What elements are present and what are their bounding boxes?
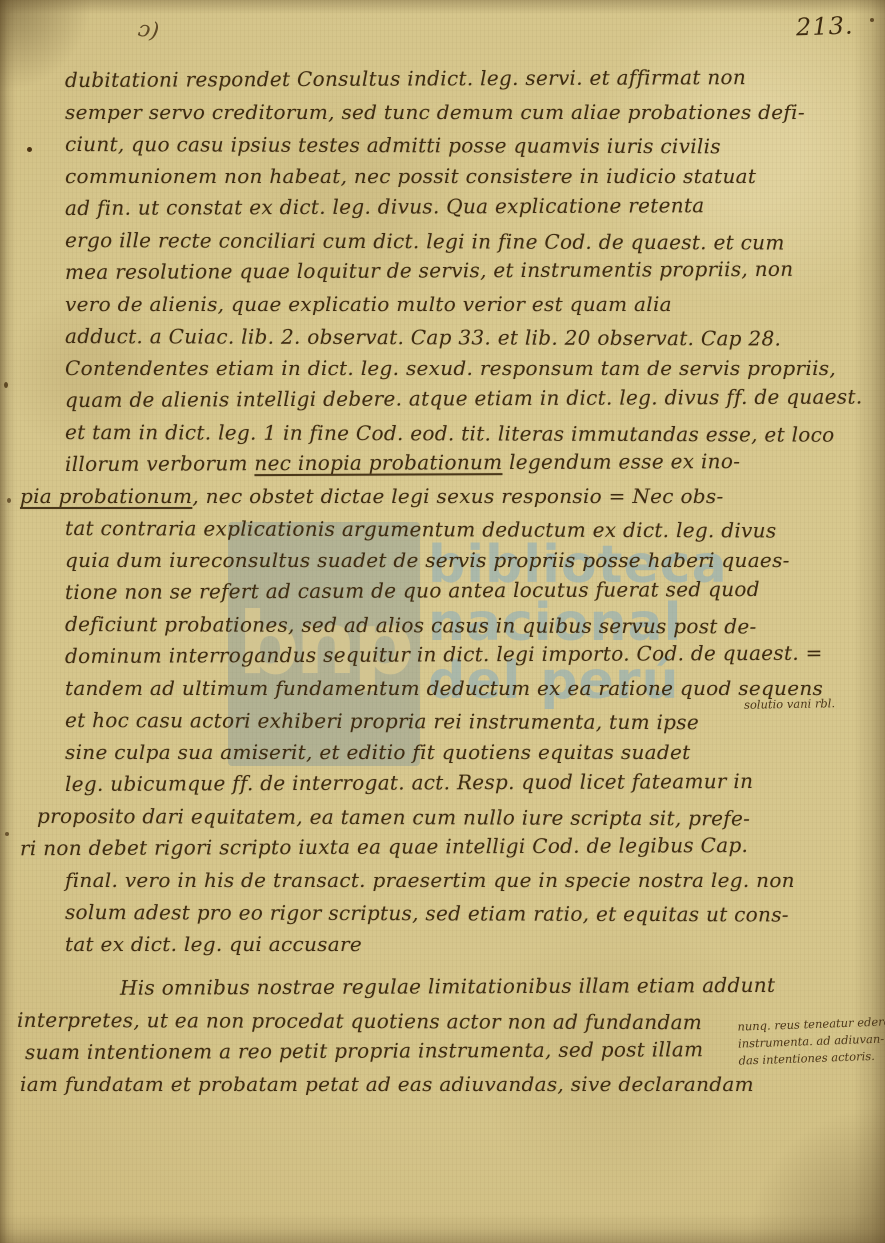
manuscript-text: dubitationi respondet Consultus indict. … — [65, 64, 825, 1100]
manuscript-line: ciunt, quo casu ipsius testes admitti po… — [65, 128, 825, 163]
manuscript-line: final. vero in his de transact. praesert… — [65, 864, 825, 896]
folio-number: 213. — [796, 11, 877, 42]
manuscript-line: iam fundatam et probatam petat ad eas ad… — [65, 1068, 825, 1100]
ink-speck — [4, 382, 8, 388]
manuscript-line: suam intentionem a reo petit propria ins… — [65, 1033, 825, 1068]
manuscript-line: tat ex dict. leg. qui accusare — [65, 928, 825, 960]
manuscript-page: 213. ɔ) bnp biblioteca nacional del perú… — [0, 0, 885, 1243]
manuscript-line: pia probationum, nec obstet dictae legi … — [65, 480, 825, 512]
manuscript-line: tione non se refert ad casum de quo ante… — [65, 573, 825, 608]
manuscript-line: semper servo creditorum, sed tunc demum … — [65, 96, 825, 128]
manuscript-line: adduct. a Cuiac. lib. 2. observat. Cap 3… — [65, 320, 825, 355]
manuscript-line: communionem non habeat, nec possit consi… — [65, 160, 825, 192]
ink-speck — [27, 147, 32, 152]
manuscript-line: sine culpa sua amiserit, et editio fit q… — [65, 736, 825, 768]
ink-speck — [870, 18, 874, 22]
manuscript-line: dubitationi respondet Consultus indict. … — [65, 61, 825, 96]
manuscript-line: illorum verborum nec inopia probationum … — [65, 445, 825, 480]
manuscript-line: solum adest pro eo rigor scriptus, sed e… — [65, 896, 825, 931]
manuscript-line: quam de alienis intelligi debere. atque … — [65, 381, 825, 416]
manuscript-line: ad fin. ut constat ex dict. leg. divus. … — [65, 189, 825, 224]
manuscript-line: tandem ad ultimum fundamentum deductum e… — [65, 672, 825, 704]
flourish-mark: ɔ) — [136, 17, 160, 45]
ink-speck — [5, 832, 9, 836]
manuscript-line: ri non debet rigori scripto iuxta ea qua… — [65, 829, 825, 864]
manuscript-line: Contendentes etiam in dict. leg. sexud. … — [65, 352, 825, 384]
manuscript-line: mea resolutione quae loquitur de servis,… — [65, 253, 825, 288]
ink-speck — [7, 498, 11, 503]
manuscript-line: et hoc casu actori exhiberi propria rei … — [65, 704, 825, 739]
manuscript-line: leg. ubicumque ff. de interrogat. act. R… — [65, 765, 825, 800]
manuscript-line: vero de alienis, quae explicatio multo v… — [65, 288, 825, 320]
manuscript-line: His omnibus nostrae regulae limitationib… — [65, 969, 825, 1004]
margin-note-right-1: solutio vani rbl. — [744, 695, 835, 714]
manuscript-line: dominum interrogandus sequitur in dict. … — [65, 637, 825, 672]
manuscript-line: quia dum iureconsultus suadet de servis … — [65, 544, 825, 576]
margin-note-right-2: nunq. reus teneatur edere instrumenta. a… — [737, 1013, 885, 1069]
manuscript-line: tat contraria explicationis argumentum d… — [65, 512, 825, 547]
